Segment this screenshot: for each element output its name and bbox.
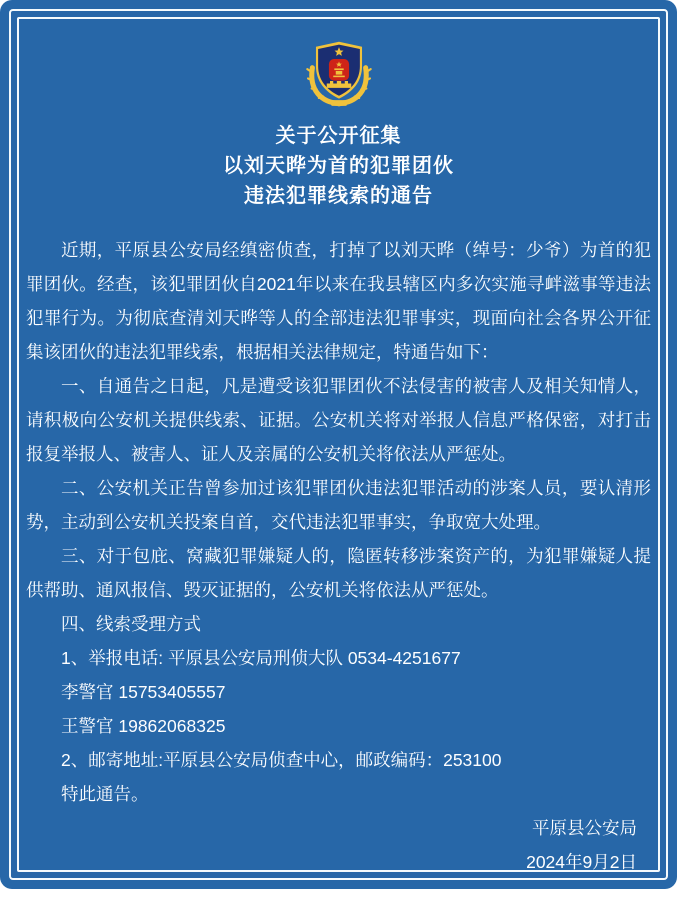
- notice-title: 关于公开征集 以刘天晔为首的犯罪团伙 违法犯罪线索的通告: [26, 121, 651, 211]
- paragraph-clause-1: 一、自通告之日起，凡是遭受该犯罪团伙不法侵害的被害人及相关知情人，请积极向公安机…: [26, 369, 651, 471]
- police-badge-icon: [302, 36, 376, 108]
- paragraph-clause-4-heading: 四、线索受理方式: [26, 607, 651, 641]
- notice-card: 关于公开征集 以刘天晔为首的犯罪团伙 违法犯罪线索的通告 近期，平原县公安局经缜…: [0, 0, 677, 889]
- paragraph-mailing-address: 2、邮寄地址:平原县公安局侦查中心，邮政编码：253100: [26, 743, 651, 777]
- signature-block: 平原县公安局 2024年9月2日: [26, 811, 651, 879]
- signature-date: 2024年9月2日: [26, 845, 637, 879]
- paragraph-intro: 近期，平原县公安局经缜密侦查，打掉了以刘天晔（绰号：少爷）为首的犯罪团伙。经查，…: [26, 233, 651, 369]
- paragraph-closing: 特此通告。: [26, 777, 651, 811]
- notice-page: 关于公开征集 以刘天晔为首的犯罪团伙 违法犯罪线索的通告 近期，平原县公安局经缜…: [0, 0, 677, 897]
- notice-content: 关于公开征集 以刘天晔为首的犯罪团伙 违法犯罪线索的通告 近期，平原县公安局经缜…: [0, 0, 677, 889]
- title-line-1: 关于公开征集: [26, 121, 651, 151]
- badge-great-wall: [326, 81, 350, 88]
- paragraph-officer-li-phone: 李警官 15753405557: [26, 675, 651, 709]
- title-line-3: 违法犯罪线索的通告: [26, 181, 651, 211]
- notice-body: 近期，平原县公安局经缜密侦查，打掉了以刘天晔（绰号：少爷）为首的犯罪团伙。经查，…: [26, 233, 651, 811]
- paragraph-officer-wang-phone: 王警官 19862068325: [26, 709, 651, 743]
- signature-issuer: 平原县公安局: [26, 811, 637, 845]
- paragraph-clause-2: 二、公安机关正告曾参加过该犯罪团伙违法犯罪活动的涉案人员，要认清形势，主动到公安…: [26, 471, 651, 539]
- paragraph-clause-3: 三、对于包庇、窝藏犯罪嫌疑人的，隐匿转移涉案资产的，为犯罪嫌疑人提供帮助、通风报…: [26, 539, 651, 607]
- paragraph-hotline: 1、举报电话: 平原县公安局刑侦大队 0534-4251677: [26, 641, 651, 675]
- title-line-2: 以刘天晔为首的犯罪团伙: [26, 151, 651, 181]
